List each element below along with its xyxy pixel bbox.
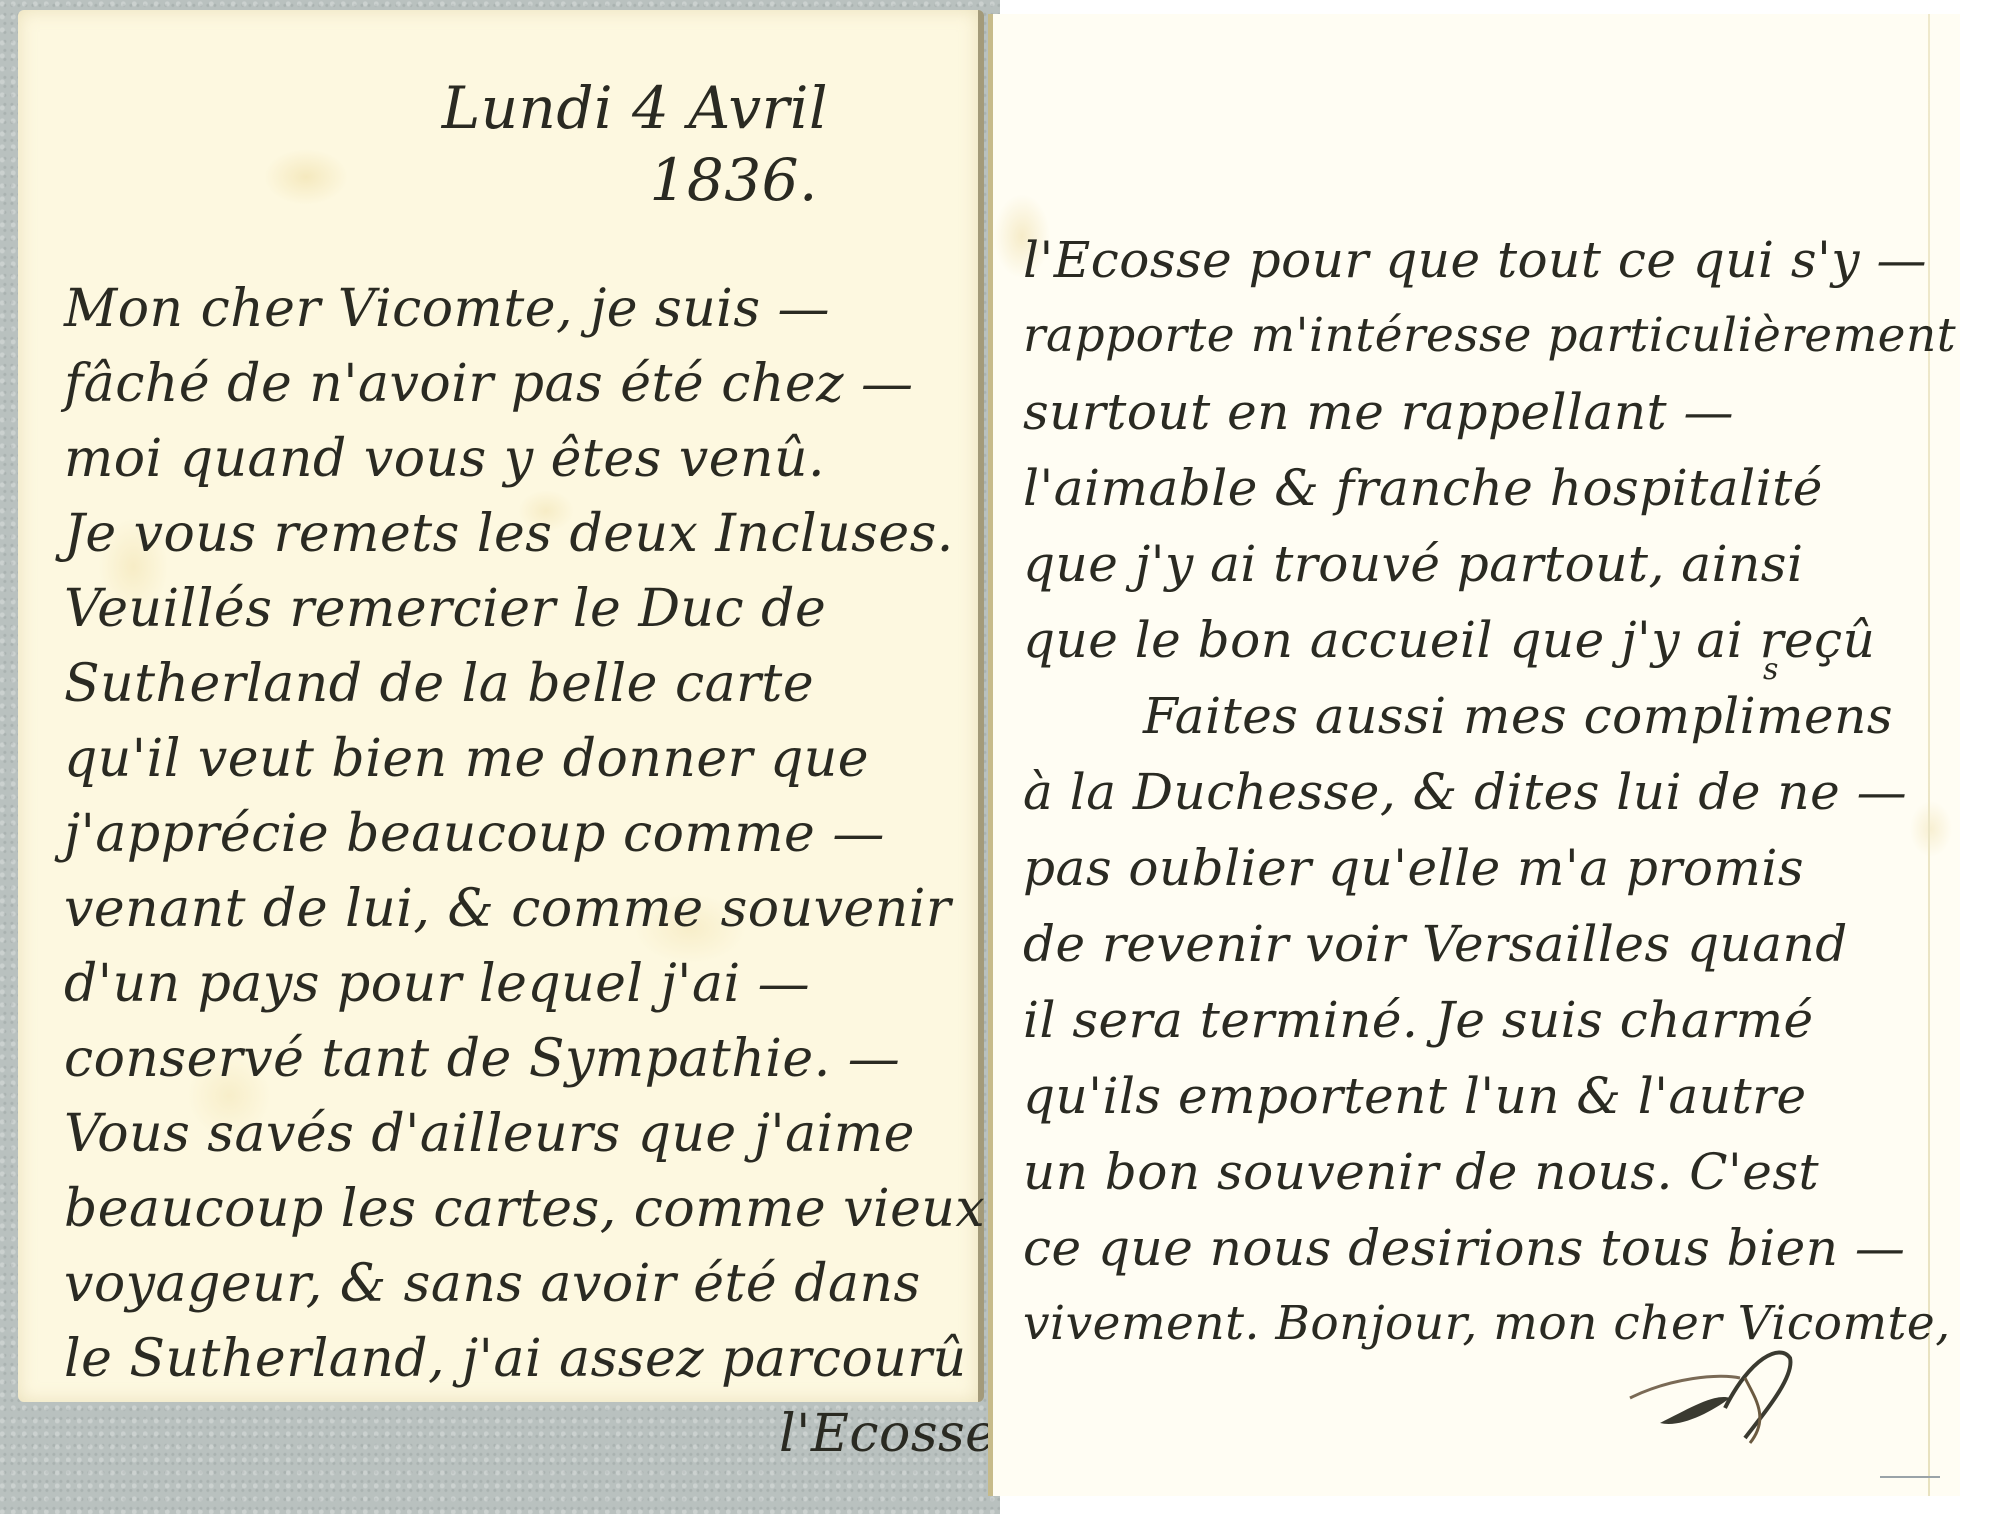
text-line: Sutherland de la belle carte bbox=[64, 647, 996, 722]
text-line: Faites aussi mes complimens bbox=[1023, 678, 1956, 754]
text-line: qu'ils emportent l'un & l'autre bbox=[1023, 1058, 1956, 1134]
text-line: pas oublier qu'elle m'a promis bbox=[1023, 830, 1956, 906]
text-line: Je vous remets les deux Incluses. bbox=[64, 497, 996, 572]
text-line: surtout en me rappellant — bbox=[1023, 374, 1956, 450]
text-line: Mon cher Vicomte, je suis — bbox=[64, 272, 996, 347]
text-line: l'Ecosse pour que tout ce qui s'y — bbox=[1023, 222, 1956, 298]
catchword: l'Ecosse bbox=[64, 1397, 996, 1472]
text-line: ce que nous desirions tous bien — bbox=[1023, 1210, 1956, 1286]
letter-body-right: l'Ecosse pour que tout ce qui s'y — rapp… bbox=[1023, 222, 1956, 1362]
text-line: vivement. Bonjour, mon cher Vicomte, bbox=[1023, 1286, 1956, 1362]
text-line: venant de lui, & comme souvenir bbox=[64, 872, 996, 947]
date-line: Lundi 4 Avril bbox=[442, 74, 828, 142]
text-line: il sera terminé. Je suis charmé bbox=[1023, 982, 1956, 1058]
text-line: qu'il veut bien me donner que bbox=[64, 722, 996, 797]
text-line: d'un pays pour lequel j'ai — bbox=[64, 947, 996, 1022]
date-year: 1836. bbox=[442, 144, 828, 216]
letter-page-right: l'Ecosse pour que tout ce qui s'y — rapp… bbox=[988, 14, 1960, 1496]
text-line: Vous savés d'ailleurs que j'aime bbox=[64, 1097, 996, 1172]
text-line: beaucoup les cartes, comme vieux bbox=[64, 1172, 996, 1247]
letter-body-left: Mon cher Vicomte, je suis — fâché de n'a… bbox=[64, 272, 996, 1472]
monogram-signature-icon bbox=[1620, 1338, 1810, 1448]
text-line: conservé tant de Sympathie. — bbox=[64, 1022, 996, 1097]
text-line: rapporte m'intéresse particulièrement bbox=[1023, 298, 1956, 374]
text-line: voyageur, & sans avoir été dans bbox=[64, 1247, 996, 1322]
text-line: que le bon accueil que j'y ai reçû s bbox=[1023, 602, 1956, 678]
text-line: que j'y ai trouvé partout, ainsi bbox=[1023, 526, 1956, 602]
text-line: un bon souvenir de nous. C'est bbox=[1023, 1134, 1956, 1210]
text-line-content: que le bon accueil que j'y ai reçû bbox=[1023, 611, 1875, 669]
text-line: moi quand vous y êtes venû. bbox=[64, 422, 996, 497]
text-line: j'apprécie beaucoup comme — bbox=[64, 797, 996, 872]
text-line: fâché de n'avoir pas été chez — bbox=[64, 347, 996, 422]
letter-date: Lundi 4 Avril 1836. bbox=[442, 72, 828, 216]
text-line: le Sutherland, j'ai assez parcourû bbox=[64, 1322, 996, 1397]
text-line: de revenir voir Versailles quand bbox=[1023, 906, 1956, 982]
text-line: à la Duchesse, & dites lui de ne — bbox=[1023, 754, 1956, 830]
text-line: l'aimable & franche hospitalité bbox=[1023, 450, 1956, 526]
letter-page-left: Lundi 4 Avril 1836. Mon cher Vicomte, je… bbox=[18, 10, 984, 1402]
text-line: Veuillés remercier le Duc de bbox=[64, 572, 996, 647]
page-corner-mark bbox=[1880, 1476, 1940, 1478]
